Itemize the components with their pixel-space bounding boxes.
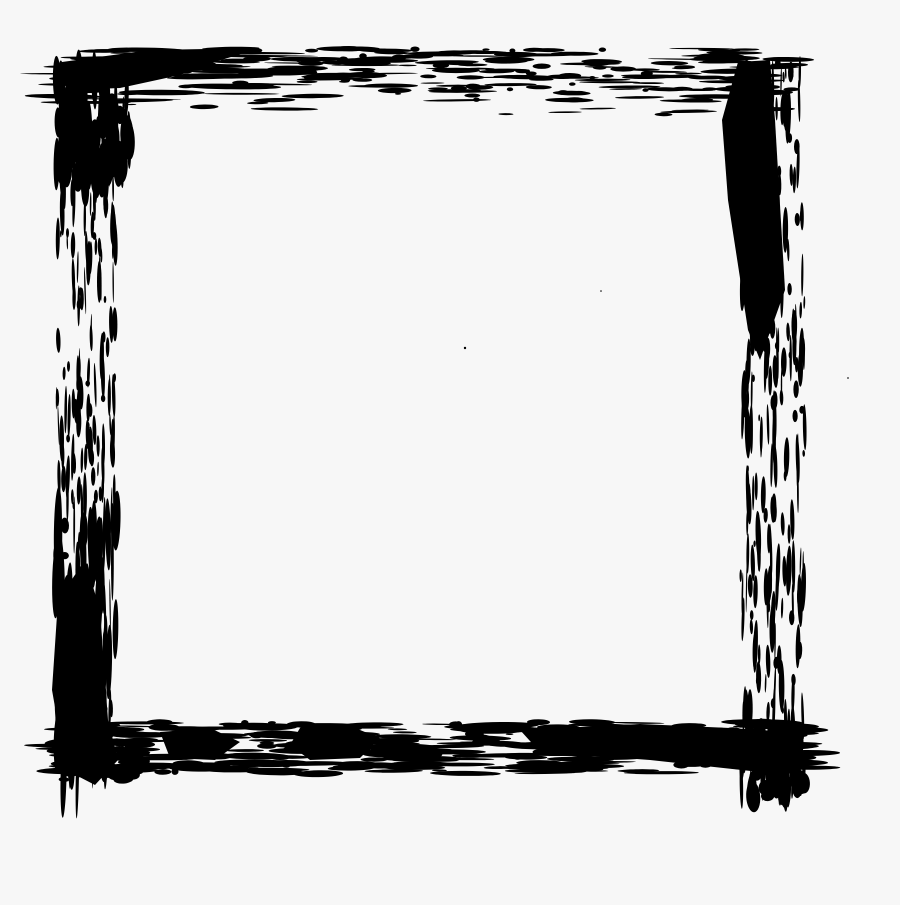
grunge-square-frame (0, 0, 900, 905)
